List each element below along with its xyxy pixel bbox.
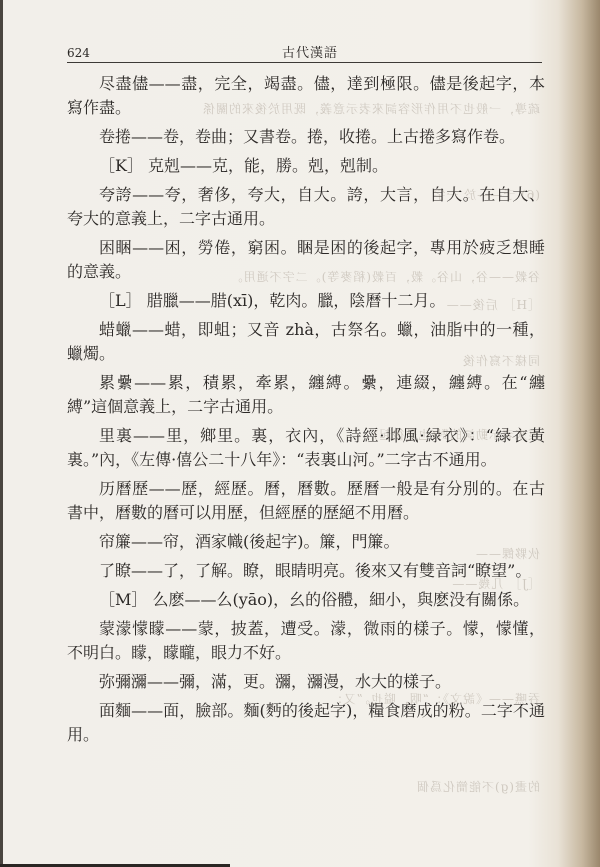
- page-number: 624: [67, 46, 90, 60]
- entry-mian: 面麵——面，臉部。麵(麪的後起字)，糧食磨成的粉。二字不通用。: [67, 699, 545, 747]
- bleed-through-line: 的畫(ɡ)不能簡化爲個: [80, 778, 540, 795]
- entry-la-zha: 蜡蠟——蜡，即蛆；又音 zhà，古祭名。蠟，油脂中的一種，蠟燭。: [67, 318, 545, 366]
- entry-li-li-li: 历曆歷——歷，經歷。曆，曆數。歷曆一般是有分別的。在古書中，曆數的曆可以用歷，但…: [67, 477, 545, 525]
- entry-ke: ［K］ 克剋——克，能，勝。剋，剋制。: [67, 154, 545, 178]
- entry-lei: 累纍——累，積累，牽累，纏縛。纍，連綴，纏縛。在“纏縛”這個意義上，二字古通用。: [67, 371, 545, 419]
- entry-jin: 尽盡儘——盡，完全，竭盡。儘，達到極限。儘是後起字，本寫作盡。: [67, 72, 545, 120]
- page-left-edge-shadow: [0, 0, 3, 867]
- book-page: 疏導，一般也不用作形容詞來表示意義，既用於後來的關係(6) 于——於 一字谷穀—…: [0, 0, 600, 867]
- page-body: 尽盡儘——盡，完全，竭盡。儘，達到極限。儘是後起字，本寫作盡。 卷捲——卷，卷曲…: [67, 72, 545, 752]
- entry-mi: 弥彌瀰——彌，滿，更。瀰，瀰漫，水大的樣子。: [67, 670, 545, 694]
- entry-meng: 蒙濛懞矇——蒙，披蓋，遭受。濛，微雨的樣子。懞，懞懂，不明白。矇，矇矓，眼力不好…: [67, 617, 545, 665]
- entry-kua: 夸誇——夸，奢侈，夸大，自大。誇，大言，自大。在自大、夸大的意義上，二字古通用。: [67, 183, 545, 231]
- page-header: 624 古代漢語: [67, 36, 542, 63]
- entry-juan: 卷捲——卷，卷曲；又書卷。捲，收捲。上古捲多寫作卷。: [67, 125, 545, 149]
- entry-yao: ［M］ 么麽——么(yāo)，幺的俗體，細小，與麽没有關係。: [67, 588, 545, 612]
- entry-lian: 帘簾——帘，酒家幟(後起字)。簾，門簾。: [67, 530, 545, 554]
- entry-kun: 困睏——困，勞倦，窮困。睏是困的後起字，專用於疲乏想睡的意義。: [67, 236, 545, 284]
- entry-liao: 了瞭——了，了解。瞭，眼睛明亮。後來又有雙音詞“瞭望”。: [67, 559, 545, 583]
- running-title: 古代漢語: [282, 42, 338, 61]
- entry-la-xi: ［L］ 腊臘——腊(xī)，乾肉。臘，陰曆十二月。: [67, 289, 545, 313]
- entry-li-li: 里裏——里，鄉里。裏，衣內，《詩經·邶風·緑衣》：“緑衣黃裏。”內，《左傳·僖公…: [67, 424, 545, 472]
